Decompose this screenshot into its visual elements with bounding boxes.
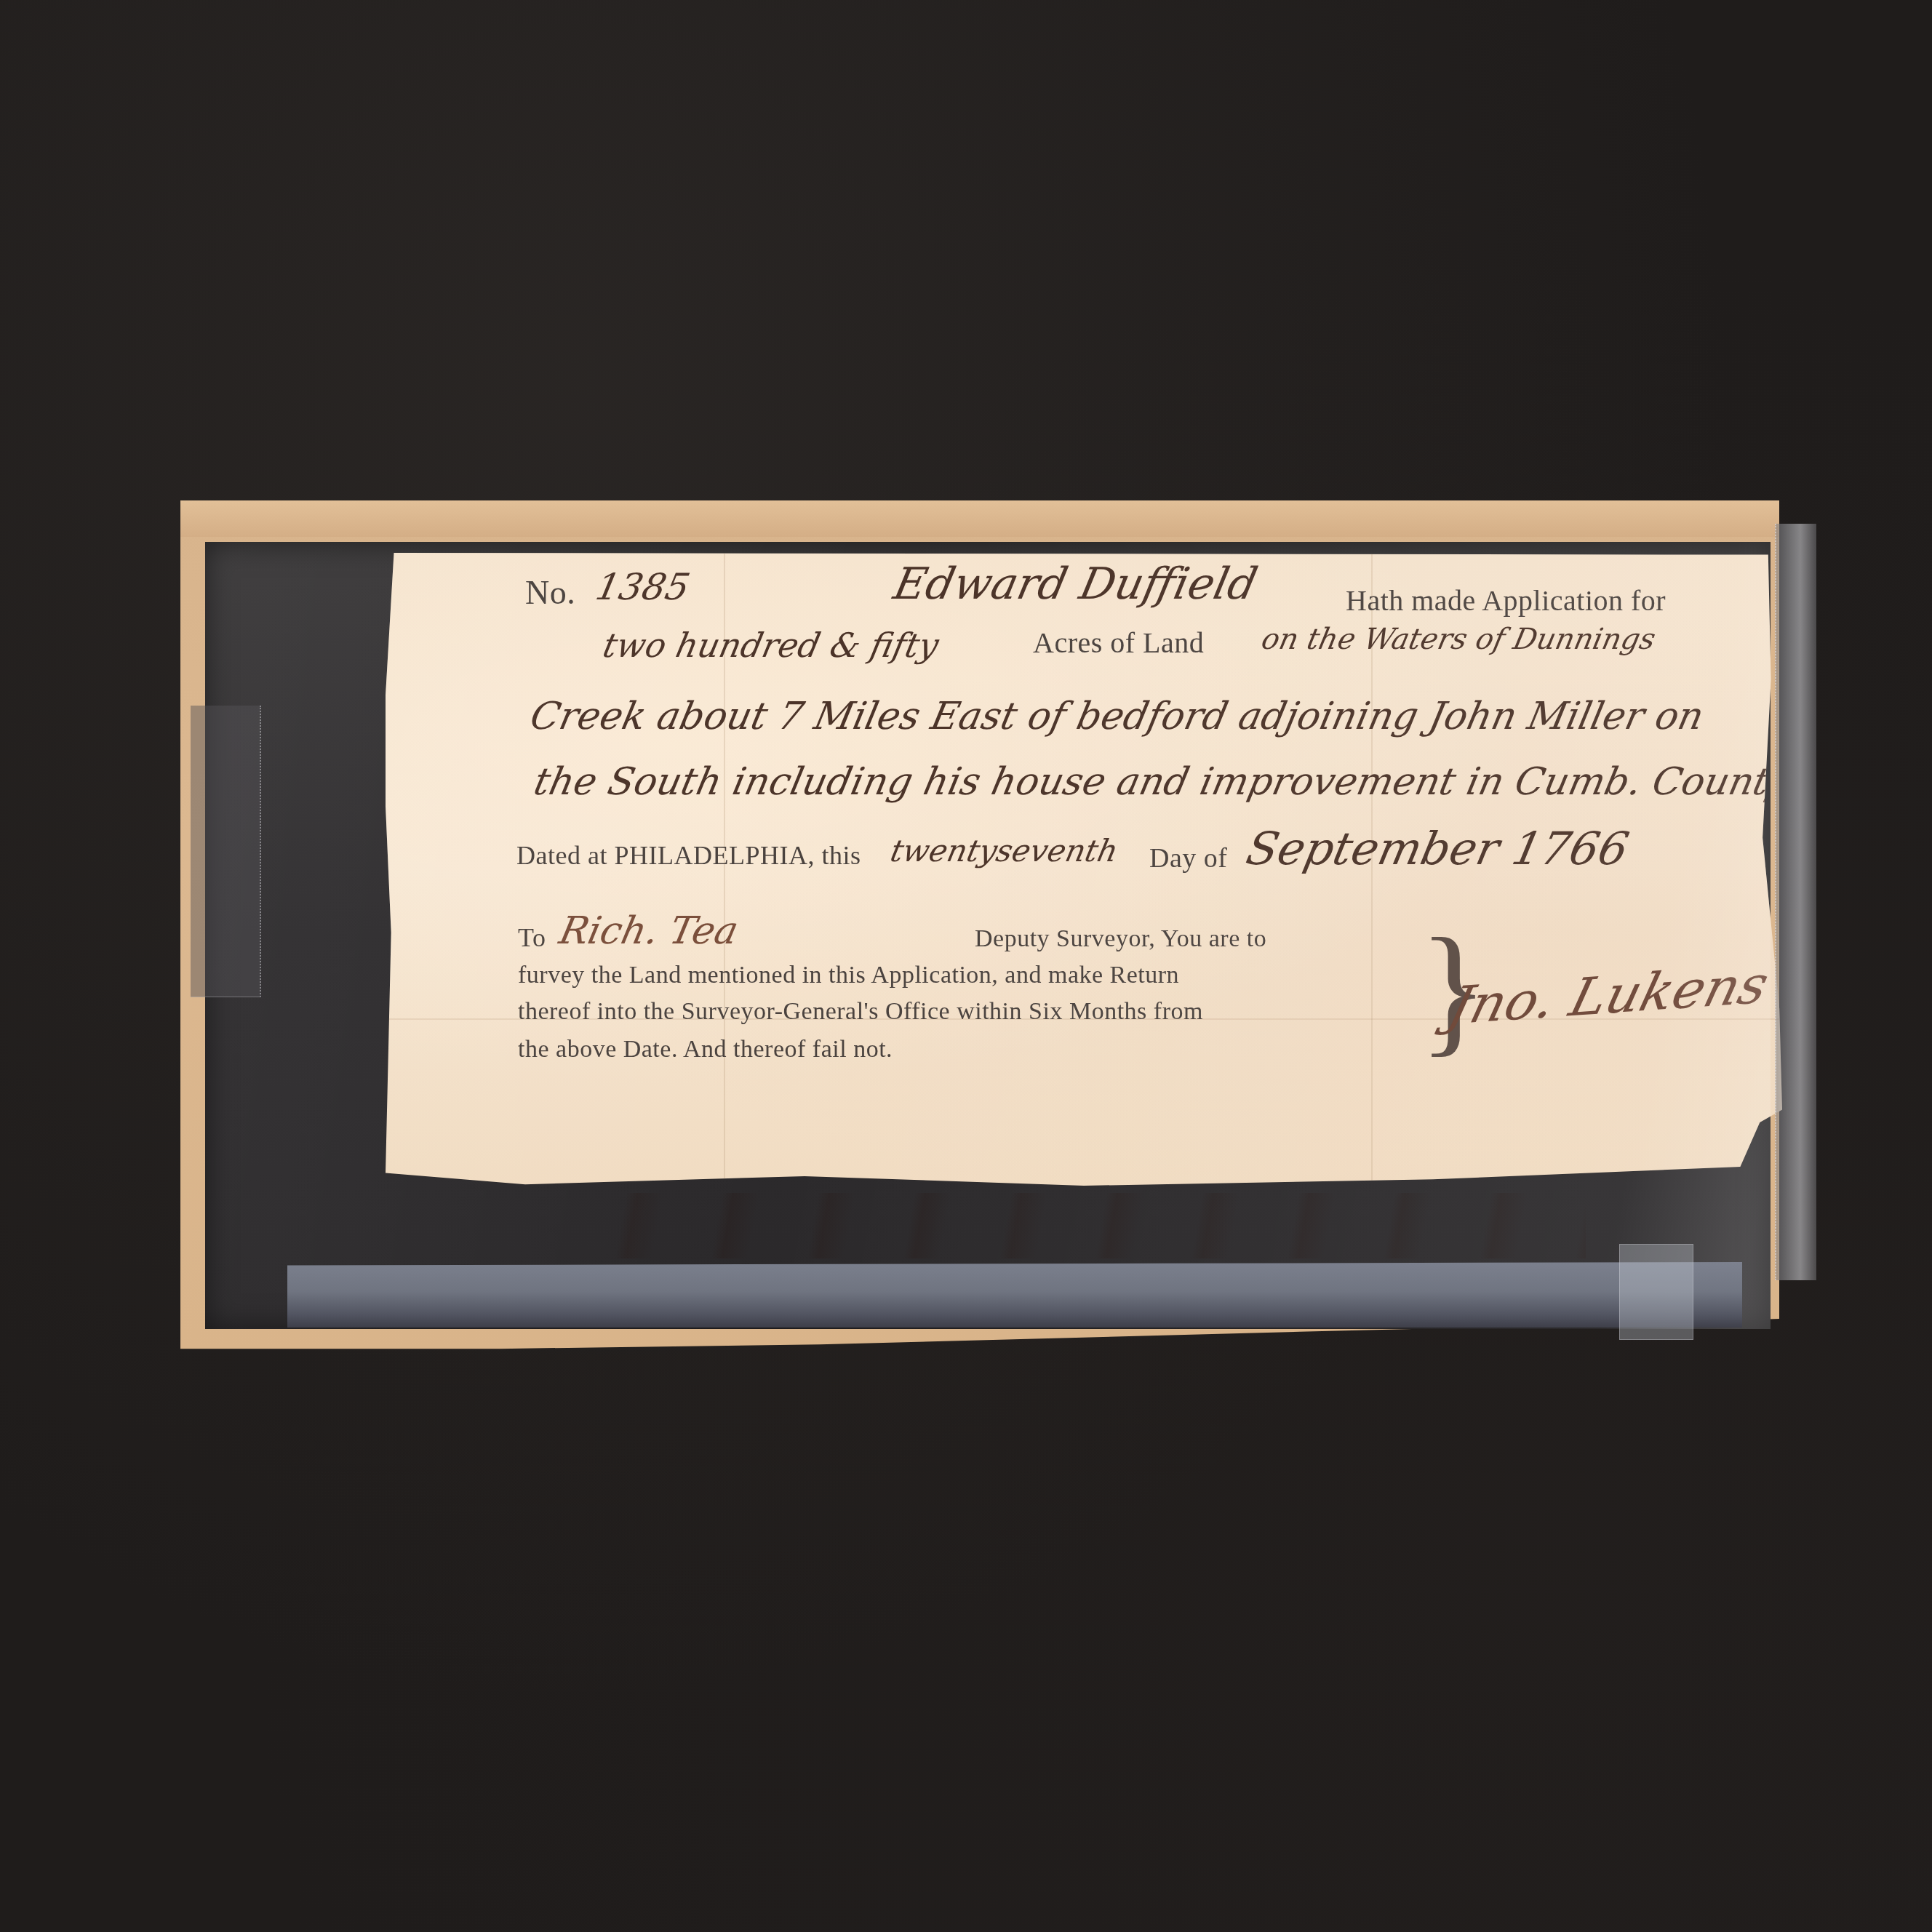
tape-strip-bottom: [287, 1262, 1742, 1328]
day-of-label: Day of: [1149, 842, 1227, 874]
photo-scene: No. 1385 Edward Duffield Hath made Appli…: [0, 0, 1932, 1932]
acreage: two hundred & fifty: [599, 626, 942, 665]
surveyor-general-signature: Jno. Lukens S.G.: [1442, 945, 1901, 1036]
day-of-month: twentyseventh: [887, 833, 1122, 869]
land-warrant-document: No. 1385 Edward Duffield Hath made Appli…: [386, 553, 1782, 1186]
location-line-2: Creek about 7 Miles East of bedford adjo…: [527, 695, 1708, 738]
tape-patch-corner: [1619, 1244, 1693, 1340]
location-line-3: the South including his house and improv…: [530, 760, 1795, 804]
instruction-line-4: the above Date. And thereof fail not.: [518, 1036, 893, 1063]
instruction-line-3: thereof into the Surveyor-General's Offi…: [518, 998, 1203, 1026]
number-label: No.: [525, 573, 575, 612]
location-line-1: on the Waters of Dunnings: [1258, 623, 1658, 656]
month-year: September 1766: [1242, 822, 1633, 875]
backing-board-top-edge: [180, 500, 1779, 537]
dated-label: Dated at PHILADELPHIA, this: [516, 840, 861, 871]
instruction-line-2: furvey the Land mentioned in this Applic…: [518, 962, 1179, 989]
acres-label: Acres of Land: [1033, 626, 1204, 660]
tape-strip-right: [1775, 524, 1816, 1280]
document-number: 1385: [592, 566, 694, 608]
applicant-name: Edward Duffield: [890, 559, 1262, 610]
ink-bleed-shadow: [567, 1193, 1586, 1258]
tape-strip-left: [191, 706, 261, 997]
to-label: To: [518, 922, 546, 953]
application-text: Hath made Application for: [1346, 583, 1666, 618]
deputy-surveyor-name: Rich. Tea: [556, 909, 743, 953]
instruction-line-1: Deputy Surveyor, You are to: [975, 925, 1266, 953]
